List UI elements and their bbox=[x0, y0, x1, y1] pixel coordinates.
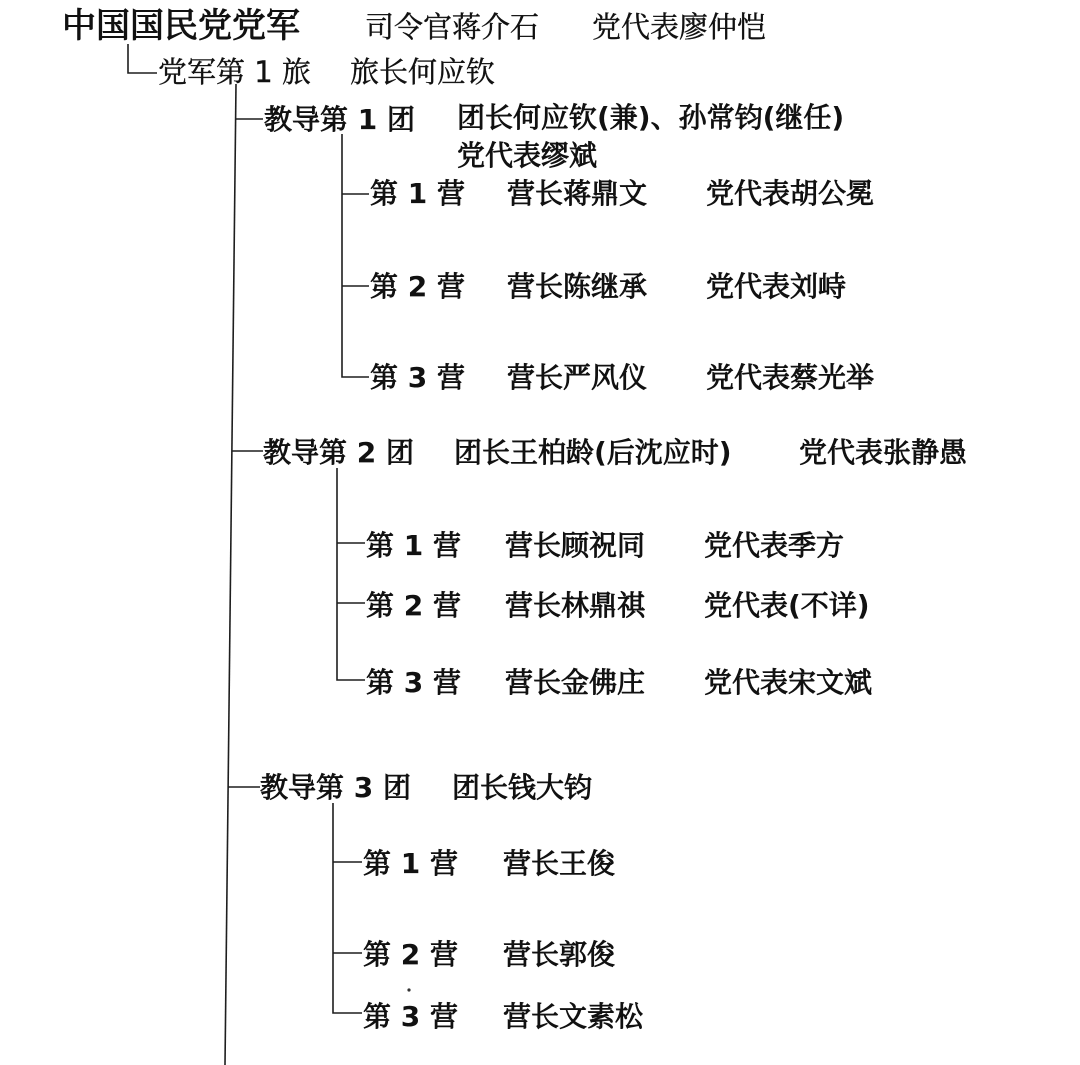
brigade-commander: 旅长何应钦 bbox=[350, 57, 495, 87]
battalion-commander: 营长王俊 bbox=[503, 849, 615, 879]
regiment-commander: 团长钱大钧 bbox=[452, 773, 592, 803]
army-unit-name: 中国国民党党军 bbox=[62, 8, 300, 44]
battalion-party-representative: 党代表季方 bbox=[704, 531, 844, 561]
army-party-representative: 党代表廖仲恺 bbox=[592, 12, 766, 42]
battalion-unit-name: 第 1 营 bbox=[370, 179, 465, 209]
battalion-unit-name: 第 3 营 bbox=[363, 1002, 458, 1032]
battalion-unit-name: 第 2 营 bbox=[363, 940, 458, 970]
scan-speck-dot bbox=[407, 988, 410, 991]
battalion-unit-name: 第 1 营 bbox=[366, 531, 461, 561]
battalion-party-representative: 党代表(不详) bbox=[704, 591, 870, 621]
connector-army-brigade bbox=[128, 44, 157, 73]
battalion-commander: 营长文素松 bbox=[503, 1002, 643, 1032]
regiment-party-representative: 党代表缪斌 bbox=[457, 141, 597, 171]
battalion-unit-name: 第 3 营 bbox=[370, 363, 465, 393]
battalion-commander: 营长蒋鼎文 bbox=[507, 179, 647, 209]
battalion-party-representative: 党代表宋文斌 bbox=[704, 668, 872, 698]
regiment-unit-name: 教导第 1 团 bbox=[264, 105, 415, 135]
battalion-party-representative: 党代表蔡光举 bbox=[706, 363, 874, 393]
connector-brigade-trunk bbox=[225, 84, 236, 1065]
battalion-party-representative: 党代表刘峙 bbox=[706, 272, 846, 302]
battalion-commander: 营长郭俊 bbox=[503, 940, 615, 970]
regiment-unit-name: 教导第 3 团 bbox=[260, 773, 411, 803]
battalion-unit-name: 第 2 营 bbox=[366, 591, 461, 621]
regiment-commander: 团长何应钦(兼)、孙常钧(继任) bbox=[457, 103, 844, 133]
regiment-unit-name: 教导第 2 团 bbox=[263, 438, 414, 468]
battalion-commander: 营长陈继承 bbox=[507, 272, 647, 302]
connector-regiment-1-trunk bbox=[342, 134, 369, 377]
battalion-unit-name: 第 1 营 bbox=[363, 849, 458, 879]
battalion-party-representative: 党代表胡公冕 bbox=[706, 179, 874, 209]
battalion-commander: 营长林鼎祺 bbox=[505, 591, 645, 621]
connector-regiment-3-trunk bbox=[333, 803, 362, 1013]
regiment-party-representative: 党代表张静愚 bbox=[799, 438, 967, 468]
army-commander: 司令官蒋介石 bbox=[365, 12, 539, 42]
regiment-commander: 团长王柏龄(后沈应时) bbox=[454, 438, 732, 468]
connector-regiment-2-trunk bbox=[337, 468, 365, 680]
battalion-unit-name: 第 2 营 bbox=[370, 272, 465, 302]
battalion-unit-name: 第 3 营 bbox=[366, 668, 461, 698]
battalion-commander: 营长顾祝同 bbox=[505, 531, 645, 561]
battalion-commander: 营长金佛庄 bbox=[505, 668, 645, 698]
battalion-commander: 营长严风仪 bbox=[507, 363, 647, 393]
brigade-unit-name: 党军第 1 旅 bbox=[158, 57, 311, 87]
